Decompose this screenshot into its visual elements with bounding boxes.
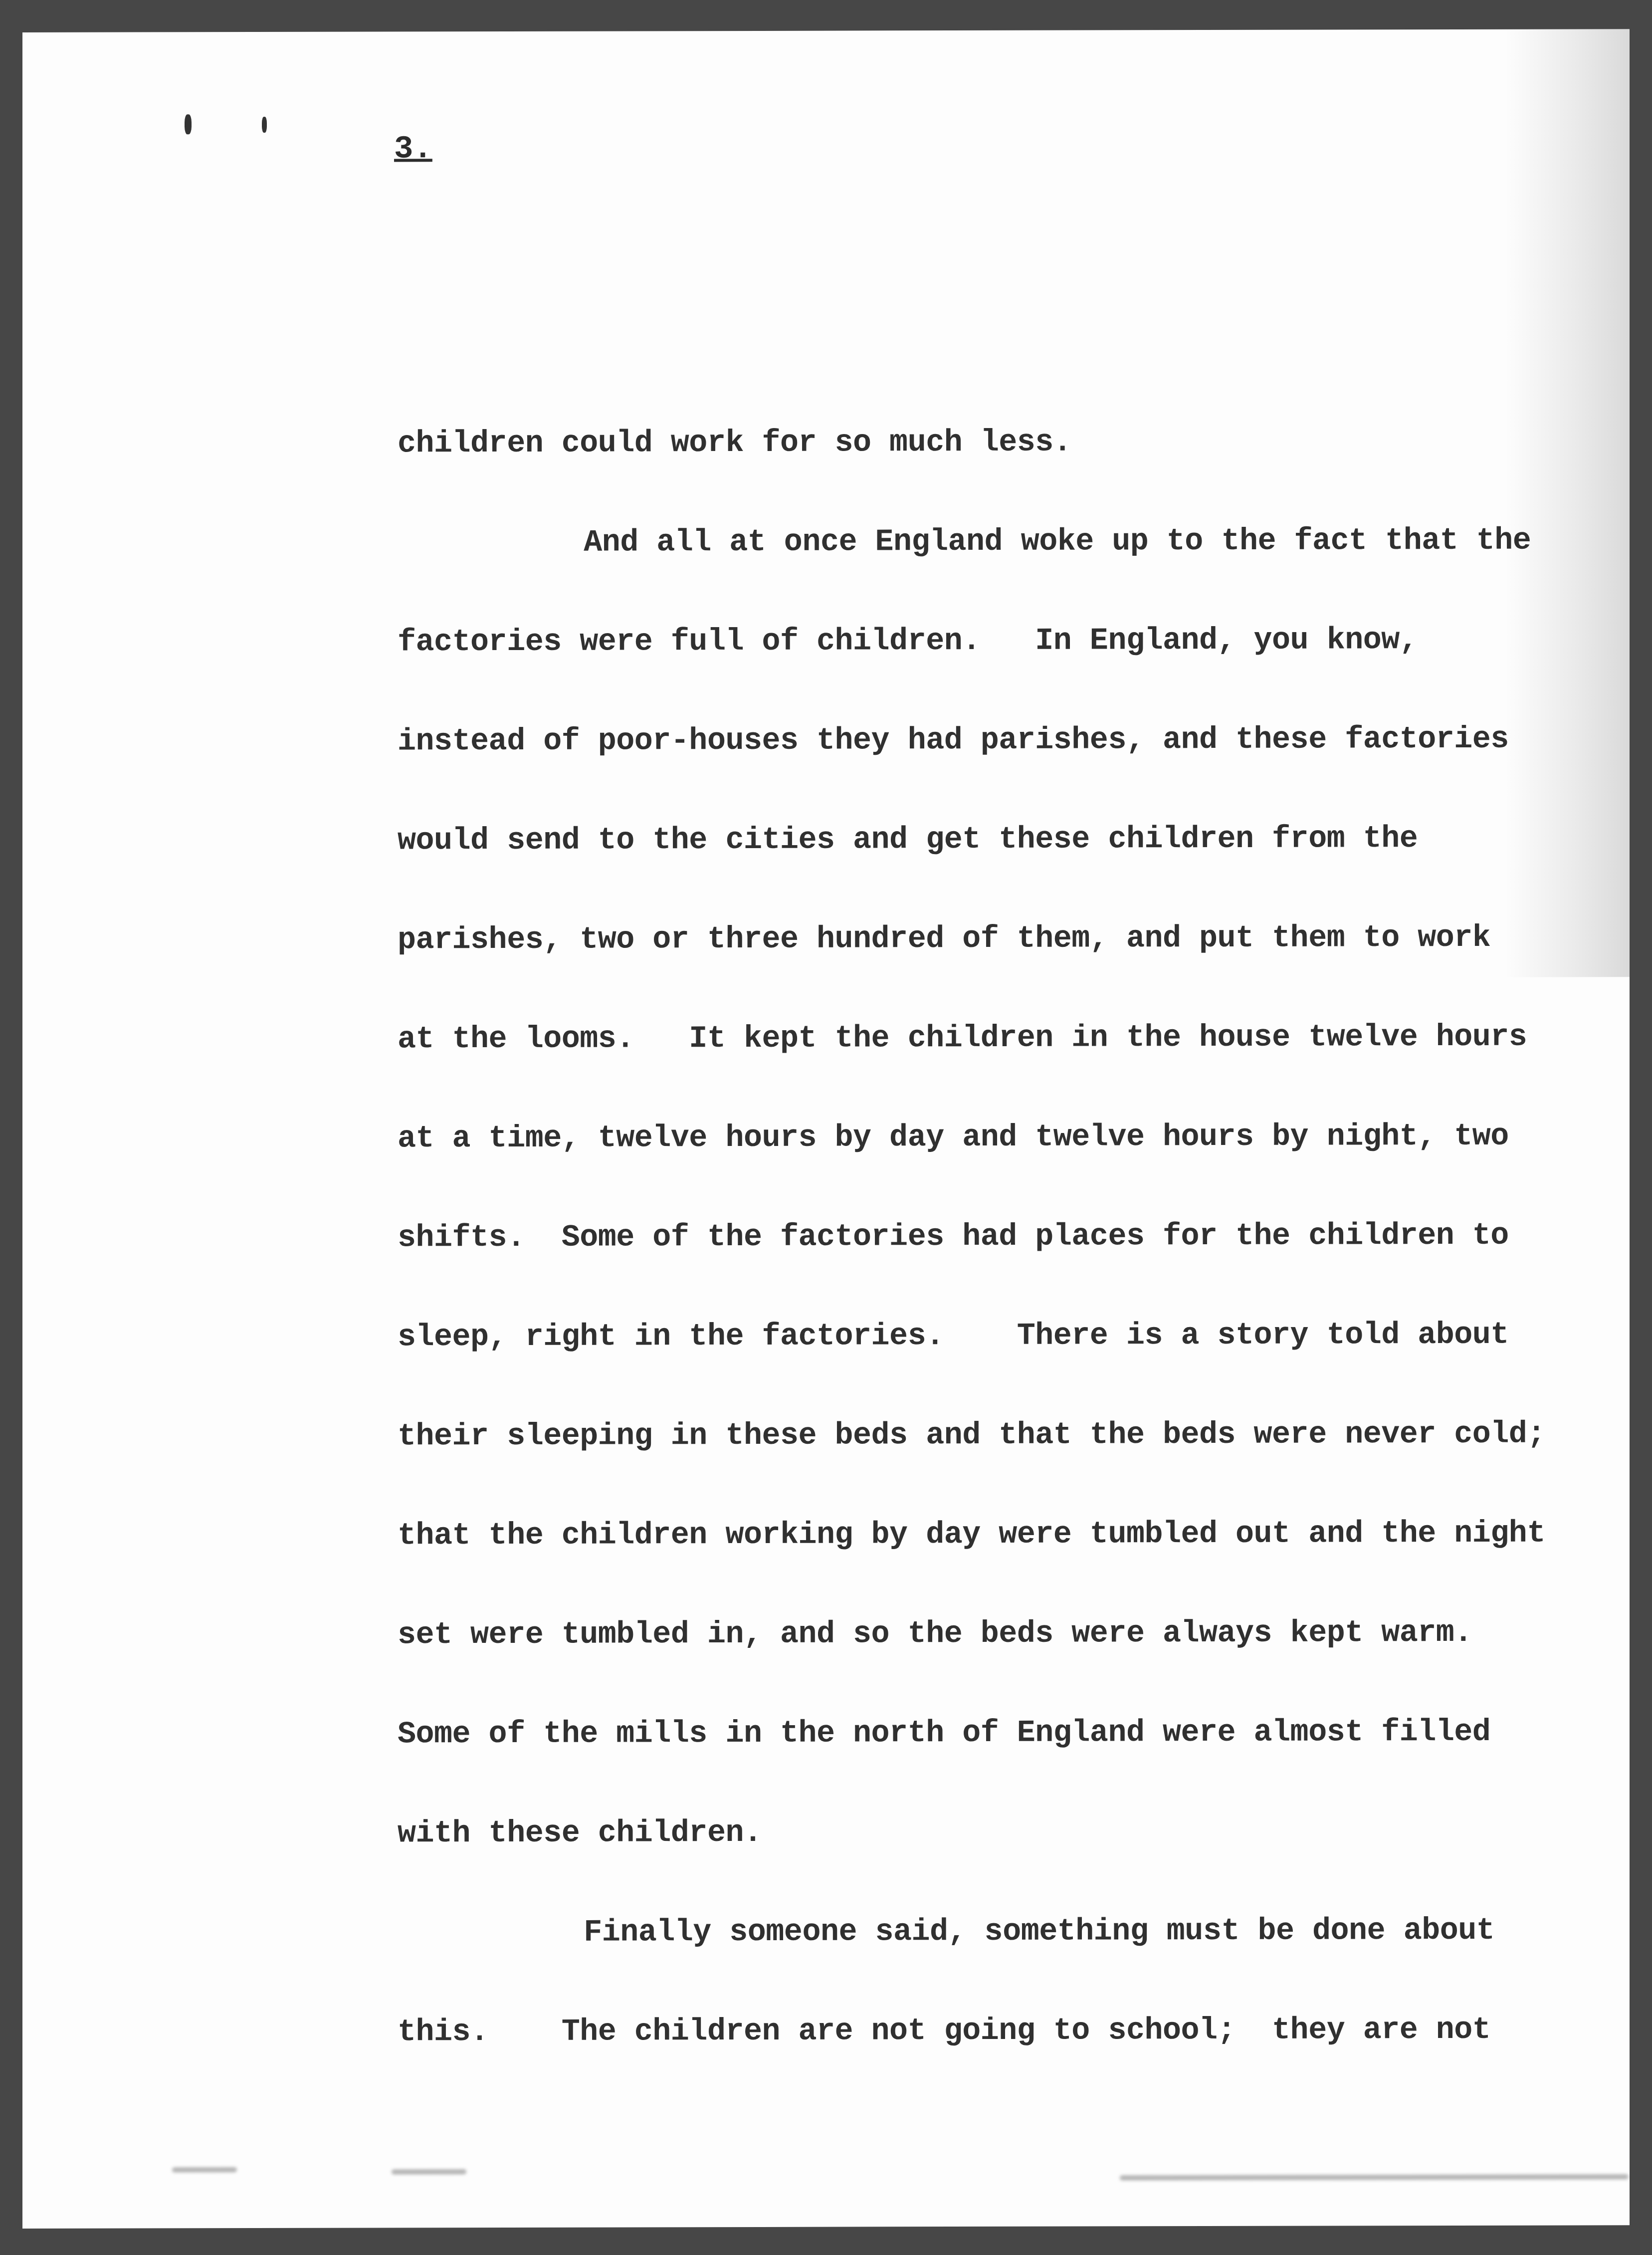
text-line: would send to the cities and get these c… — [398, 821, 1418, 858]
bottom-smudge — [1120, 2174, 1629, 2180]
typewritten-page: 3. children could work for so much less.… — [22, 29, 1630, 2229]
punch-mark-right — [262, 117, 267, 133]
text-line: children could work for so much less. — [398, 425, 1071, 461]
text-line: Some of the mills in the north of Englan… — [398, 1714, 1490, 1752]
text-line: Finally someone said, something must be … — [398, 1913, 1494, 1951]
bottom-smudge — [392, 2169, 466, 2174]
text-line: set were tumbled in, and so the beds wer… — [398, 1615, 1472, 1653]
text-line: factories were full of children. In Engl… — [398, 622, 1418, 660]
text-line: with these children. — [398, 1815, 762, 1851]
text-line: this. The children are not going to scho… — [398, 2012, 1490, 2050]
text-line: their sleeping in these beds and that th… — [398, 1416, 1545, 1454]
text-line: that the children working by day were tu… — [398, 1516, 1545, 1554]
text-line: shifts. Some of the factories had places… — [398, 1218, 1509, 1256]
text-line: And all at once England woke up to the f… — [398, 523, 1531, 561]
text-line: parishes, two or three hundred of them, … — [398, 920, 1490, 958]
text-line: at a time, twelve hours by day and twelv… — [398, 1119, 1509, 1156]
punch-mark-left — [185, 114, 192, 134]
bottom-smudge — [172, 2167, 237, 2172]
page-number: 3. — [394, 131, 432, 167]
text-line: sleep, right in the factories. There is … — [398, 1317, 1509, 1355]
text-line: at the looms. It kept the children in th… — [398, 1019, 1527, 1057]
text-line: instead of poor-houses they had parishes… — [398, 721, 1509, 759]
